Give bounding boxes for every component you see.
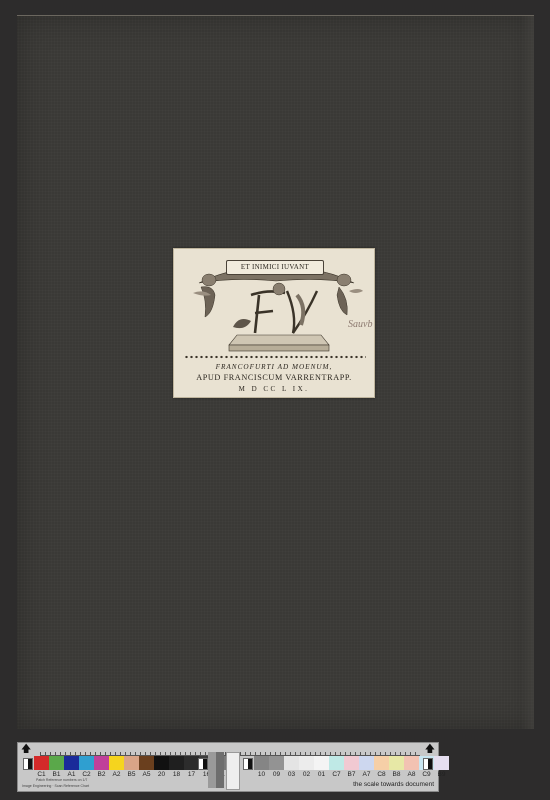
color-patch: A5 xyxy=(139,756,154,770)
fine-print: Patch Reference numbers on 1/7 xyxy=(36,778,87,782)
color-patch: C8 xyxy=(374,756,389,770)
color-patch: 17 xyxy=(184,756,199,770)
right-color-patches: 1009030201C7B7A7C8B8A8C9B9 xyxy=(254,756,449,770)
color-patch: 20 xyxy=(154,756,169,770)
color-patch: B7 xyxy=(344,756,359,770)
up-arrow-icon: 🡅 xyxy=(425,745,435,755)
color-patch: 03 xyxy=(284,756,299,770)
color-patch: B8 xyxy=(389,756,404,770)
color-patch: 10 xyxy=(254,756,269,770)
dotted-rule xyxy=(184,355,366,359)
color-patch: B9 xyxy=(434,756,449,770)
color-patch: A2 xyxy=(109,756,124,770)
color-patch: A8 xyxy=(404,756,419,770)
contrast-square xyxy=(198,758,208,770)
contrast-square xyxy=(423,758,433,770)
color-patch: B1 xyxy=(49,756,64,770)
color-patch: A7 xyxy=(359,756,374,770)
color-patch: 01 xyxy=(314,756,329,770)
contrast-square xyxy=(243,758,253,770)
color-patch: 18 xyxy=(169,756,184,770)
imprint-place: FRANCOFURTI AD MOENUM, xyxy=(174,363,374,371)
paper-edge xyxy=(520,16,534,729)
imprint-year: M D CC L IX. xyxy=(174,385,374,393)
contrast-square xyxy=(23,758,33,770)
motto-banner: ET INIMICI IUVANT xyxy=(226,260,324,275)
scale-note: the scale towards document xyxy=(353,781,434,788)
color-calibration-target: 🡅 🡅 C1B1A1C2B2A2B5A52018171611 100903020… xyxy=(17,742,439,792)
patch-code: B9 xyxy=(432,771,451,778)
color-patch: C7 xyxy=(329,756,344,770)
color-patch: 09 xyxy=(269,756,284,770)
color-patch: A1 xyxy=(64,756,79,770)
color-patch: B2 xyxy=(94,756,109,770)
color-patch: C1 xyxy=(34,756,49,770)
color-patch: 02 xyxy=(299,756,314,770)
imprint-printer: APUD FRANCISCUM VARRENTRAPP. xyxy=(174,373,374,382)
handwritten-annotation: Sauvb xyxy=(348,319,372,330)
fine-print: Image Engineering · Scan Reference Chart xyxy=(22,784,89,788)
gray-density-bar xyxy=(208,752,224,788)
color-patch: C2 xyxy=(79,756,94,770)
bookplate-label: ET INIMICI IUVANT Sauvb FRANCOFURTI AD M… xyxy=(173,248,375,398)
resolution-steps xyxy=(226,752,240,790)
up-arrow-icon: 🡅 xyxy=(21,745,31,755)
color-patch: B5 xyxy=(124,756,139,770)
